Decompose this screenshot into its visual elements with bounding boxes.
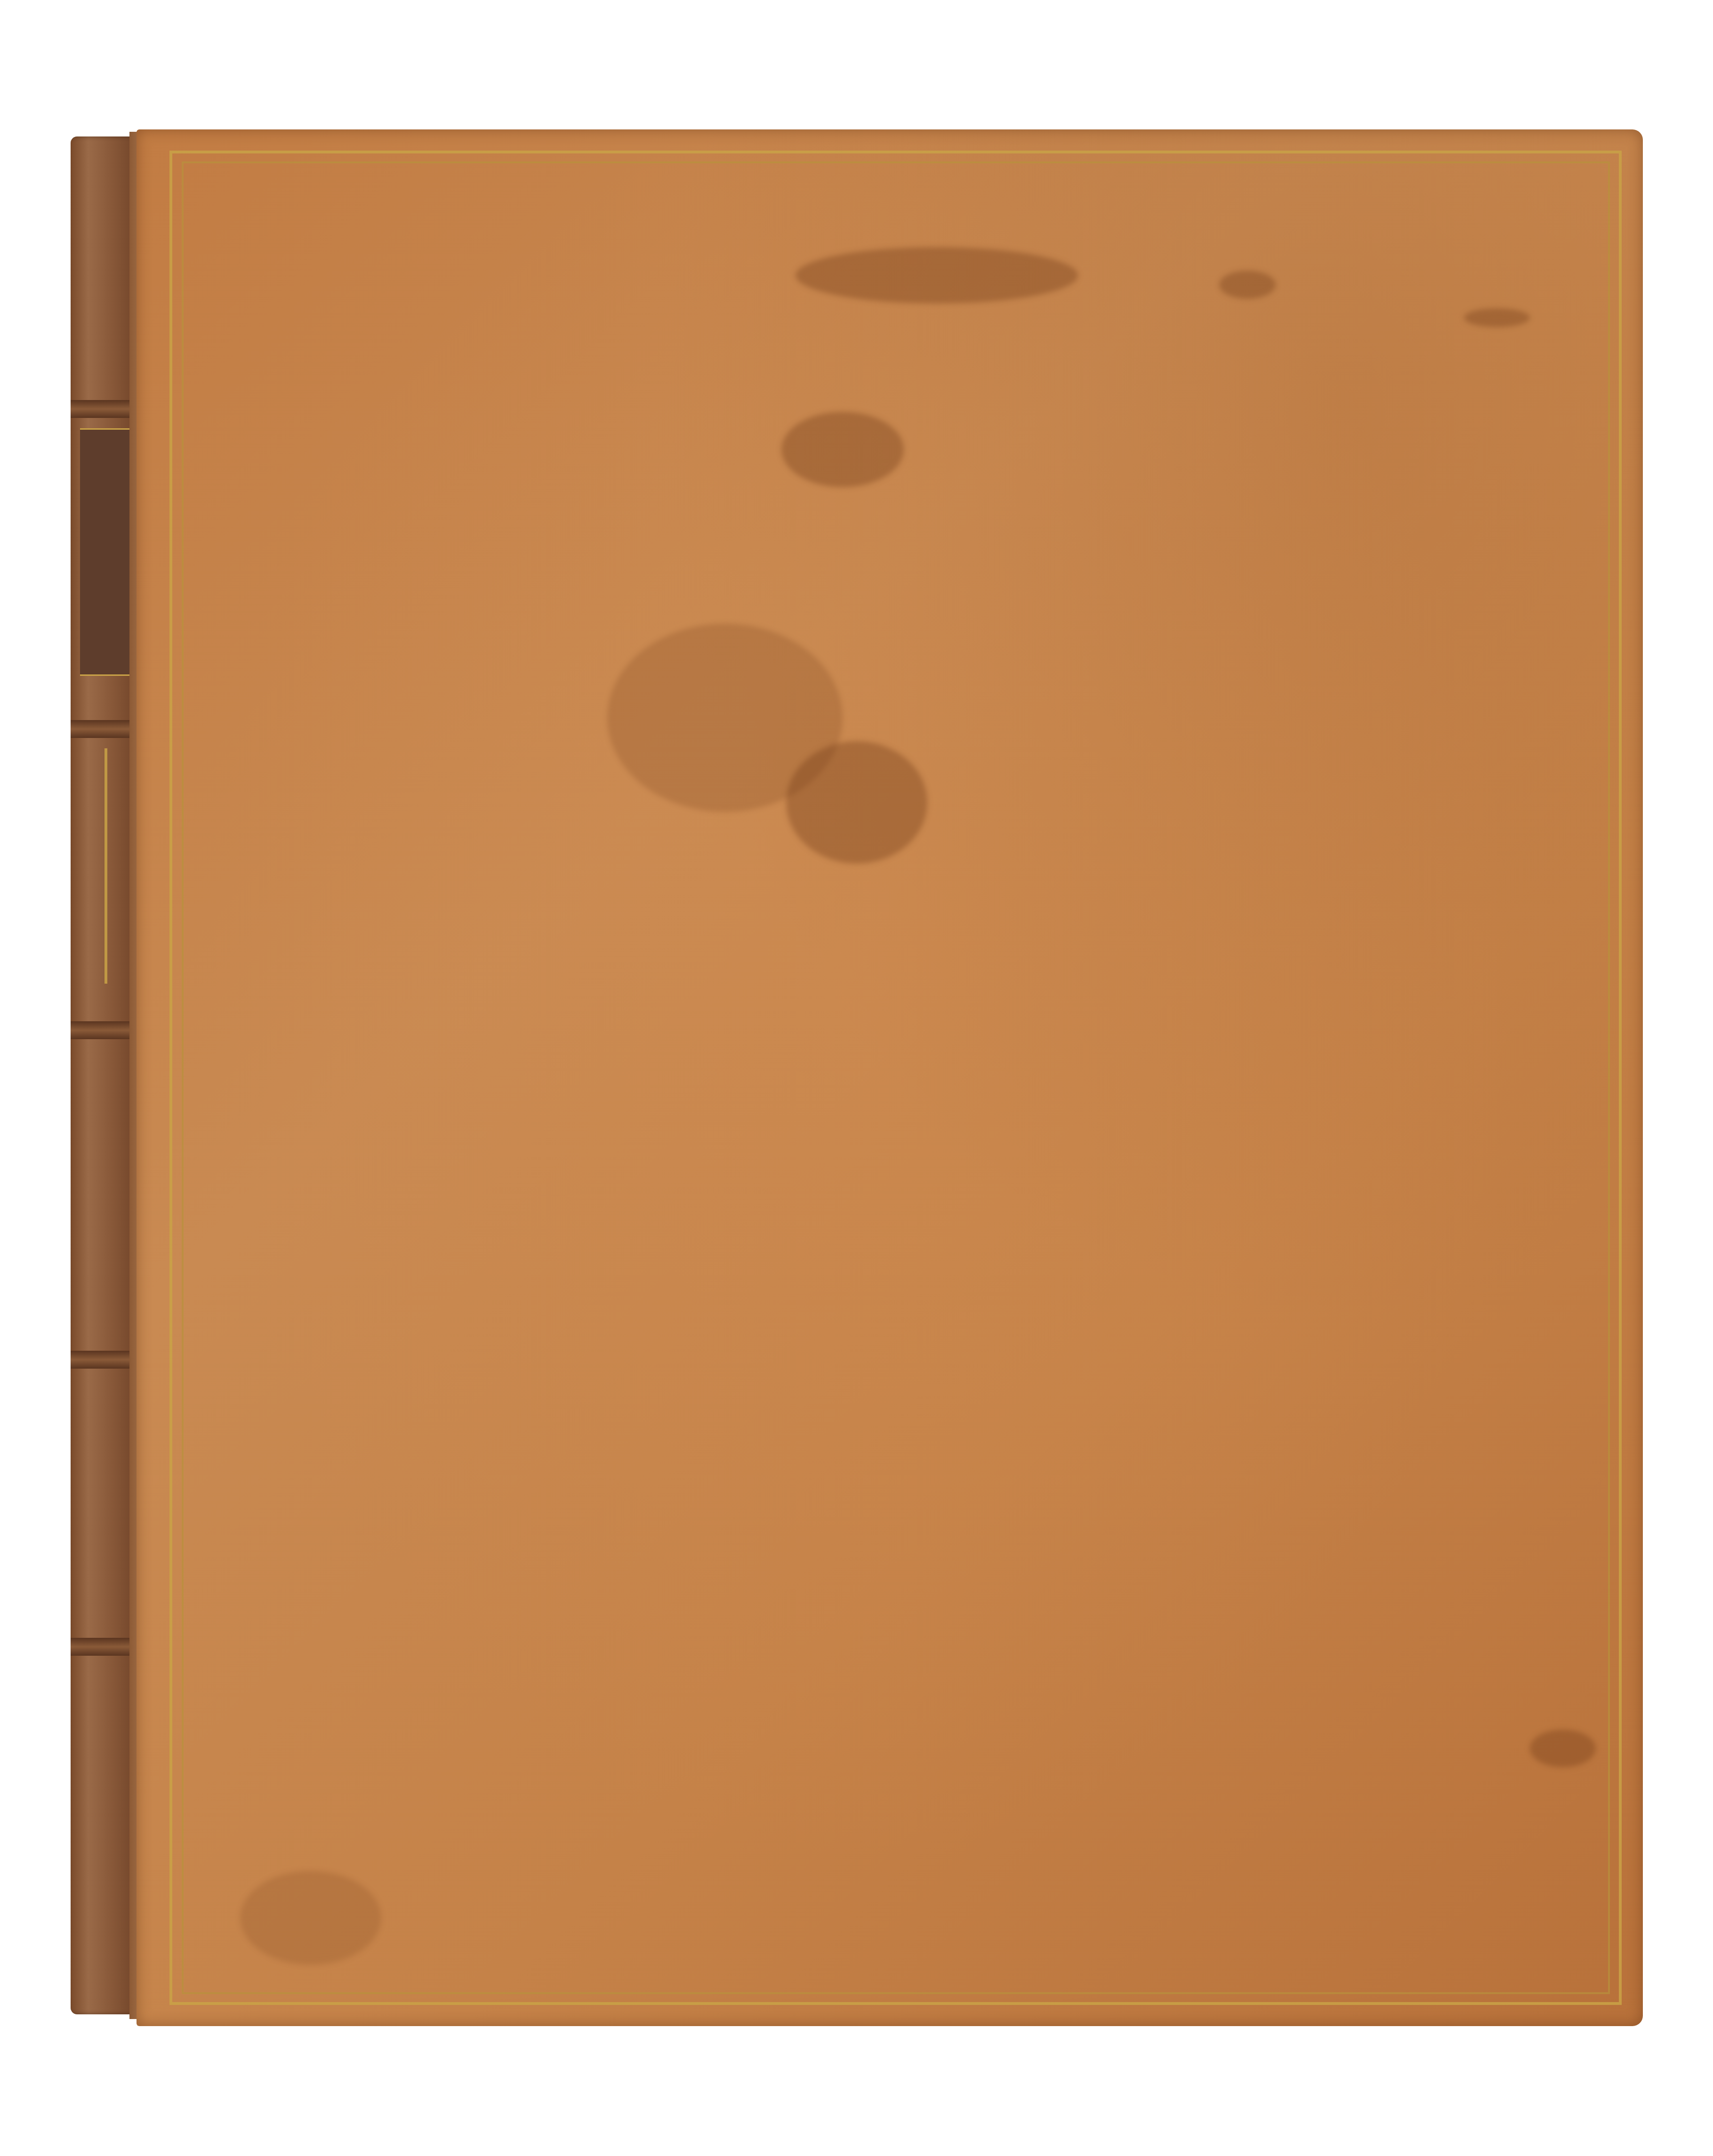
leather-stain: [1530, 1730, 1596, 1767]
leather-stain: [1219, 271, 1276, 299]
leather-stain: [786, 741, 927, 864]
spine-gilt-line: [105, 748, 107, 984]
book-front-cover: [137, 129, 1643, 2026]
leather-stain: [1464, 308, 1530, 327]
photo-background: [0, 0, 1713, 2156]
leather-stain: [240, 1871, 381, 1965]
leather-stain: [796, 247, 1078, 304]
spine-gilt-panel: [80, 428, 132, 676]
leather-stain: [781, 412, 904, 487]
